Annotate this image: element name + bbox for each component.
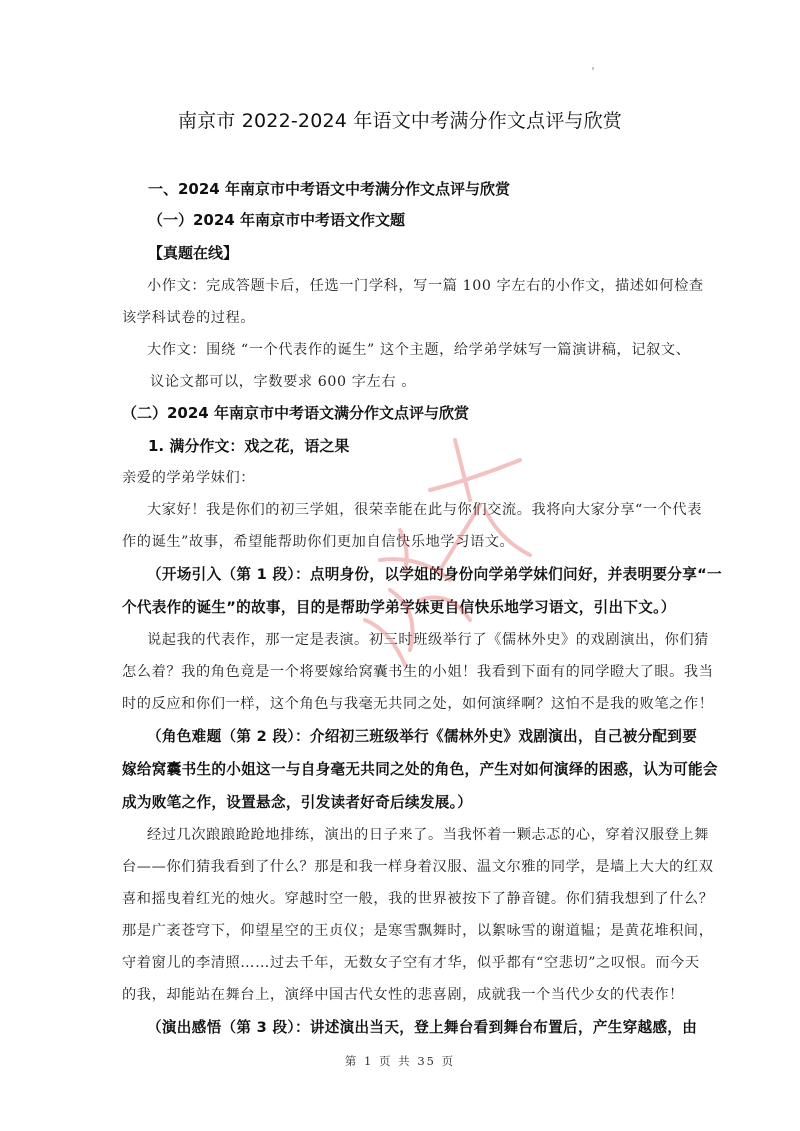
prompt-label: 【真题在线】 [148, 242, 238, 263]
document-title: 南京市 2022-2024 年语文中考满分作文点评与欣赏 [0, 106, 800, 133]
prompt-line: 议论文都可以，字数要求 600 字左右 。 [150, 371, 416, 391]
document-page: 南京市 2022-2024 年语文中考满分作文点评与欣赏 一、2024 年南京市… [0, 0, 800, 1131]
body-line: 作的诞生”故事，希望能帮助你们更加自信快乐地学习语文。 [122, 531, 514, 551]
subsection-heading: （一）2024 年南京市中考语文作文题 [148, 209, 405, 230]
salutation: 亲爱的学弟学妹们： [122, 467, 255, 487]
body-line: 怎么着？我的角色竟是一个将要嫁给窝囊书生的小姐！我看到下面有的同学瞪大了眼。我当 [122, 661, 714, 681]
body-line: 说起我的代表作，那一定是表演。初三时班级举行了《儒林外史》的戏剧演出，你们猜 [147, 629, 709, 649]
section-heading: 一、2024 年南京市中考语文中考满分作文点评与欣赏 [148, 178, 510, 199]
body-line: 的我，却能站在舞台上，演绎中国古代女性的悲喜剧，成就我一个当代少女的代表作！ [122, 984, 684, 1004]
body-line: 时的反应和你们一样，这个角色与我毫无共同之处，如何演绎啊？这怕不是我的败笔之作！ [122, 693, 714, 713]
body-line: 经过几次踉踉跄跄地排练，演出的日子来了。当我怀着一颗忐忑的心，穿着汉服登上舞 [147, 824, 709, 844]
prompt-line: 小作文：完成答题卡后，任选一门学科，写一篇 100 字左右的小作文，描述如何检查 [147, 275, 704, 295]
commentary-line: （演出感悟（第 3 段）：讲述演出当天，登上舞台看到舞台布置后，产生穿越感，由 [147, 1016, 697, 1037]
body-line: 大家好！我是你们的初三学姐，很荣幸能在此与你们交流。我将向大家分享“一个代表 [147, 499, 702, 519]
commentary-line: 嫁给窝囊书生的小姐这一与自身毫无共同之处的角色，产生对如何演绎的困惑，认为可能会 [122, 758, 718, 779]
commentary-line: （开场引入（第 1 段）：点明身份，以学姐的身份向学弟学妹们问好，并表明要分享“… [147, 563, 722, 584]
essay-title: 1. 满分作文：戏之花，语之果 [148, 435, 349, 456]
commentary-line: 成为败笔之作，设置悬念，引发读者好奇后续发展。） [122, 791, 472, 812]
page-number: 第 1 页 共 35 页 [0, 1053, 800, 1069]
scan-speck [592, 67, 594, 70]
subsection-heading: （二）2024 年南京市中考语文满分作文点评与欣赏 [122, 402, 469, 423]
body-line: 守着窗儿的李清照……过去千年，无数女子空有才华，似乎都有“空悲切”之叹恨。而今天 [122, 952, 700, 972]
commentary-line: 个代表作的诞生”的故事，目的是帮助学弟学妹更自信快乐地学习语文，引出下文。） [122, 596, 676, 617]
body-line: 台——你们猜我看到了什么？那是和我一样身着汉服、温文尔雅的同学，是墙上大大的红双 [122, 856, 714, 876]
prompt-line: 该学科试卷的过程。 [122, 307, 255, 327]
body-line: 那是广袤苍穹下，仰望星空的王贞仪；是寒雪飘舞时，以絮咏雪的谢道韫；是黄花堆积间， [122, 920, 714, 940]
body-line: 喜和摇曳着红光的烛火。穿越时空一般，我的世界被按下了静音键。你们猜我想到了什么？ [122, 888, 714, 908]
prompt-line: 大作文：围绕 “一个代表作的诞生” 这个主题，给学弟学妹写一篇演讲稿，记叙文、 [147, 339, 691, 359]
commentary-line: （角色难题（第 2 段）：介绍初三班级举行《儒林外史》戏剧演出，自己被分配到要 [147, 725, 697, 746]
